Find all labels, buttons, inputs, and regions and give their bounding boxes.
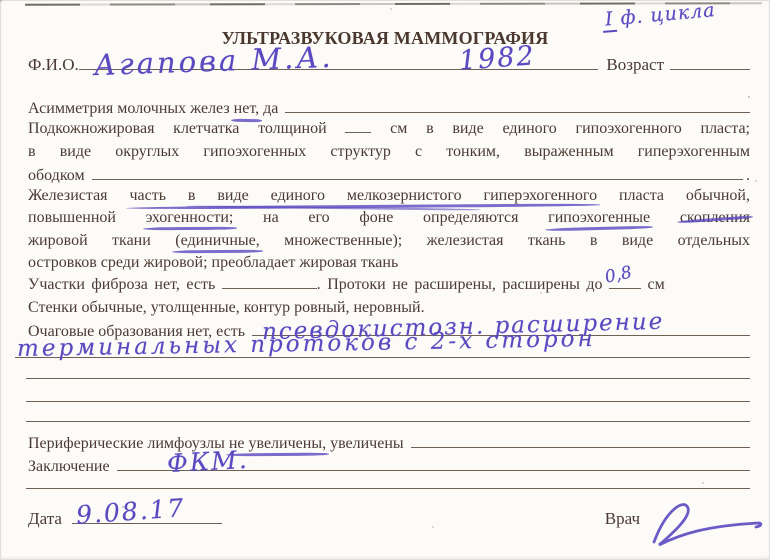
fat-layer-row: Подкожножировая клетчатка толщиной см в … [28,118,750,140]
glandular-row-2: повышенной эхогенности; на его фоне опре… [28,207,750,229]
rim-label: ободком [28,165,85,187]
asymmetry-post: да [259,100,278,117]
cm-unit: см [641,276,665,293]
glandular-row-4: островков среди жировой; преобладает жир… [28,252,750,274]
gland2-mid: на его фоне определяются [233,209,548,226]
blank-rule-line [26,401,750,402]
glandular-row-3: жировой ткани (единичные, множественные)… [28,230,750,252]
pen-underlined-gland-phrase: часть в виде единого мелкозернистого гип… [129,187,597,204]
lymph-post: увеличены [326,435,404,452]
footer-row: Дата 9.08.17 Врач [28,506,750,532]
rim-period: . [746,165,750,187]
ducts-text: . Протоки не расширены, расширены до [317,276,609,293]
gland3-post: множественные); железистая ткань в виде … [260,232,750,249]
handwritten-birth-year: 1982 [458,44,536,73]
blank-rule-line [26,378,750,379]
form-title: УЛЬТРАЗВУКОВАЯ МАММОГРАФИЯ [0,27,770,49]
fio-field-line: Агапова М.А. 1982 [79,53,599,70]
form-body: Асимметрия молочных желез нет, да Подкож… [0,96,770,532]
glandular-row-1: Железистая часть в виде единого мелкозер… [28,185,750,207]
blank-rule-line [26,421,750,422]
scanned-mammography-form: Iф. цикла УЛЬТРАЗВУКОВАЯ МАММОГРАФИЯ Ф.И… [0,0,770,560]
date-field-line: 9.08.17 [72,508,222,524]
lymph-field-line [411,431,750,448]
fio-label: Ф.И.О. [28,53,79,77]
thickness-field-line [345,119,371,133]
handwritten-duct-width: 0,8 [603,262,634,289]
fibrosis-row: Участки фиброза нет, есть . Протоки не р… [28,274,750,296]
handwritten-conclusion: ФКМ. [166,449,249,476]
fat-layer-post: см в виде единого гипоэхогенного пласта; [371,120,750,137]
asymmetry-field-line [285,96,750,113]
gland2-pre: повышенной [28,209,146,226]
rim-field-line [92,163,743,180]
age-label: Возраст [606,53,664,77]
duct-width-field-line: 0,8 [609,275,641,289]
fibrosis-pre: Участки фиброза нет, есть [28,276,215,293]
conclusion-field-line: ФКМ. [117,454,750,471]
conclusion-label: Заключение [28,456,110,478]
handwritten-date: 9.08.17 [75,495,186,529]
scan-speckles [0,0,2,2]
date-label: Дата [28,506,62,532]
doctor-signature [646,496,768,551]
handwritten-patient-name: Агапова М.А. [93,45,333,77]
asymmetry-text: Асимметрия молочных желез нет, да [28,98,278,120]
fat-layer-pre: Подкожножировая клетчатка толщиной [28,120,345,137]
fat-layer-row-2: в виде округлых гипоэхогенных структур с… [28,141,750,163]
pen-struck-word: скопления [680,209,750,226]
lymph-row: Периферические лимфоузлы не увеличены, у… [28,431,750,453]
conclusion-row: Заключение ФКМ. [28,454,750,476]
focal-field-line-2: терминальных протоков с 2-х сторон [15,341,750,358]
asymmetry-row: Асимметрия молочных желез нет, да [28,96,750,118]
rim-row: ободком . [28,163,750,185]
pen-underlined-single: (единичные, [175,232,260,249]
gland1-pre: Железистая [28,187,129,204]
pen-underlined-hypoechoic: гипоэхогенные [548,209,650,226]
cycle-phase-numeral: I [601,8,617,33]
doctor-label: Врач [605,506,640,532]
gland2-sep [650,209,680,226]
patient-name-row: Ф.И.О. Агапова М.А. 1982 Возраст [28,53,750,77]
focal-row-2: терминальных протоков с 2-х сторон [15,341,750,361]
asymmetry-pre: Асимметрия молочных желез [28,100,234,117]
age-field-line [670,56,750,70]
pen-underlined-no: нет, [234,100,259,117]
blank-rule-line [26,488,750,489]
pen-underlined-echogenicity: эхогенности; [146,209,234,226]
gland3-pre: жировой ткани [28,232,175,249]
gland1-post: пласта обычной, [597,187,750,204]
fibrosis-field-line [222,275,317,289]
